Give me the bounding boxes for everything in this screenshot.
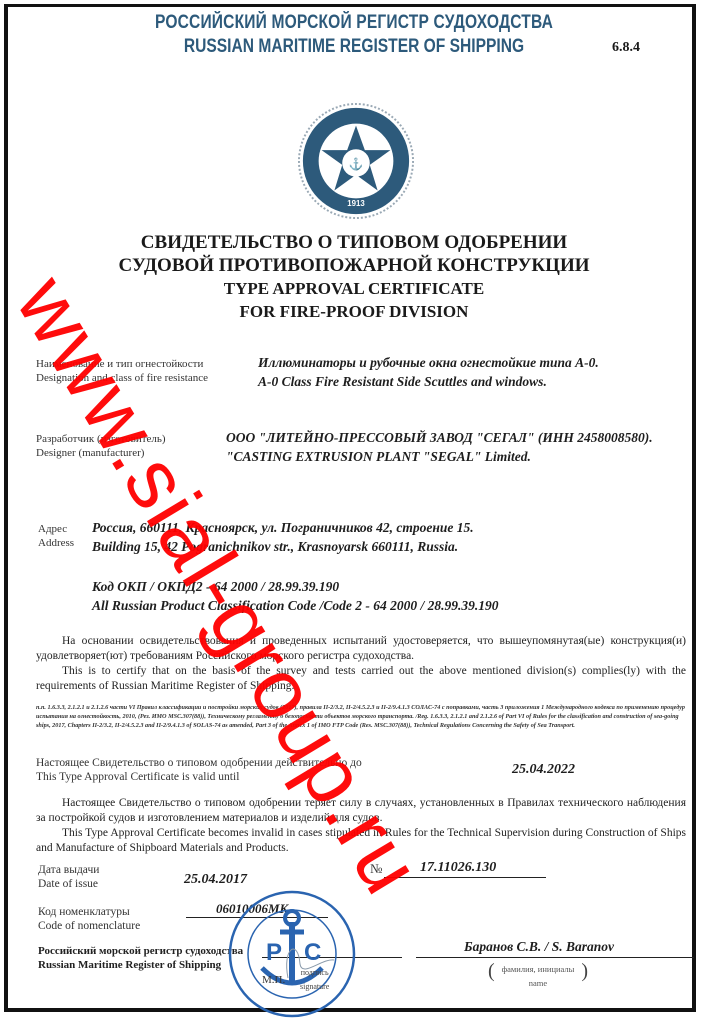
designation-label: Наименование и тип огнестойкости Designa…	[36, 357, 208, 385]
number-underline	[384, 877, 546, 878]
number-sign: №	[370, 862, 382, 876]
title-en-line1: TYPE APPROVAL CERTIFICATE	[0, 279, 708, 299]
date-of-issue: 25.04.2017	[184, 870, 247, 889]
designation-value: Иллюминаторы и рубочные окна огнестойкие…	[258, 353, 599, 391]
valid-until-date: 25.04.2022	[512, 760, 575, 779]
rs-emblem-star-anchor-icon: ⚓ 1913	[297, 102, 415, 220]
nomenclature-label: Код номенклатуры Code of nomenclature	[38, 905, 140, 933]
designer-label: Разработчик (изготовитель) Designer (man…	[36, 432, 166, 460]
invalid-clause-text: Настоящее Свидетельство о типовом одобре…	[36, 796, 686, 856]
svg-text:C: C	[304, 939, 321, 966]
name-line	[416, 957, 694, 958]
regulations-text: п.п. 1.6.3.3, 2.1.2.1 и 2.1.2.6 части VI…	[36, 703, 686, 730]
title-en-line2: FOR FIRE-PROOF DIVISION	[0, 302, 708, 322]
designer-value: ООО "ЛИТЕЙНО-ПРЕССОВЫЙ ЗАВОД "СЕГАЛ" (ИН…	[226, 428, 653, 466]
svg-text:⚓: ⚓	[349, 157, 364, 171]
svg-text:P: P	[266, 939, 282, 966]
validity-label: Настоящее Свидетельство о типовом одобре…	[36, 756, 362, 784]
seal-label: М.П.	[262, 973, 285, 987]
signatory-name: Баранов С.В. / S. Baranov	[464, 937, 614, 956]
title-ru-line1: СВИДЕТЕЛЬСТВО О ТИПОВОМ ОДОБРЕНИИ	[0, 232, 708, 254]
certify-text: На основании освидетельствования и прове…	[36, 634, 686, 694]
name-caption: ( фамилия, инициалы name )	[490, 962, 586, 990]
address-value: Россия, 660111, Красноярск, ул. Погранич…	[92, 518, 474, 556]
svg-text:1913: 1913	[347, 199, 365, 208]
org-name-ru: РОССИЙСКИЙ МОРСКОЙ РЕГИСТР СУДОХОДСТВА	[64, 12, 645, 34]
date-of-issue-label: Дата выдачи Date of issue	[38, 863, 99, 891]
official-seal-stamp: P C	[222, 888, 362, 1018]
signature-caption: подпись signature	[300, 966, 329, 994]
form-number: 6.8.4	[612, 40, 640, 56]
certificate-number: 17.11026.130	[420, 858, 496, 877]
classification-code: Код ОКП / ОКПД2 - 64 2000 / 28.99.39.190…	[92, 577, 499, 615]
title-ru-line2: СУДОВОЙ ПРОТИВОПОЖАРНОЙ КОНСТРУКЦИИ	[0, 255, 708, 277]
signing-org: Российский морской регистр судоходства R…	[38, 944, 243, 972]
org-name-en: RUSSIAN MARITIME REGISTER OF SHIPPING	[64, 36, 645, 58]
address-label: Адрес Address	[38, 522, 74, 550]
